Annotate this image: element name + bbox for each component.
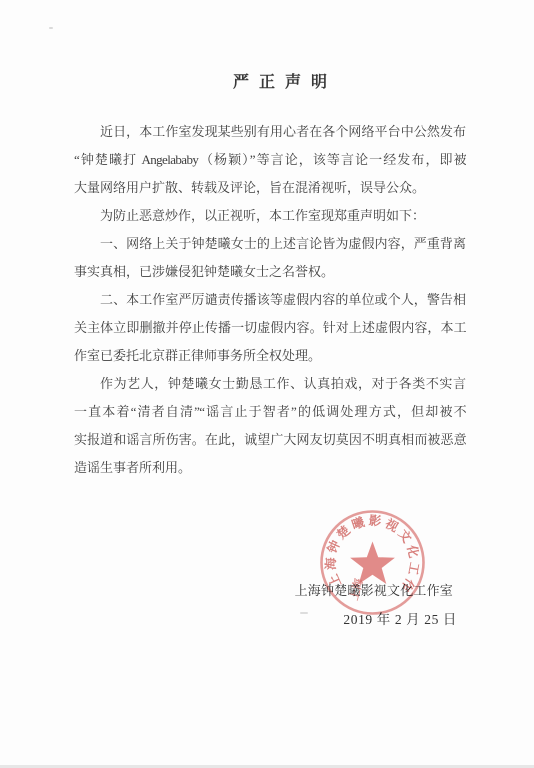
body-text-line: 一、网络上关于钟楚曦女士的上述言论皆为虚假内容，严重背离 [74, 230, 466, 258]
body-text-line: “钟楚曦打 Angelababy（杨颖）”等言论，该等言论一经发布，即被 [74, 146, 466, 174]
document-body: 近日，本工作室发现某些别有用心者在各个网络平台中公然发布“钟楚曦打 Angela… [74, 118, 466, 482]
body-text-line: 实报道和谣言所伤害。在此，诚望广大网友切莫因不明真相而被恶意 [74, 426, 466, 454]
body-text-line: 作室已委托北京群正律师事务所全权处理。 [74, 342, 466, 370]
body-text-line: 近日，本工作室发现某些别有用心者在各个网络平台中公然发布 [74, 118, 466, 146]
scan-noise-speck [49, 27, 53, 29]
body-text-line: 为防止恶意炒作，以正视听，本工作室现郑重声明如下： [74, 202, 466, 230]
body-text-line: 作为艺人，钟楚曦女士勤恳工作、认真拍戏，对于各类不实言论， [74, 370, 466, 398]
body-text-line: 二、本工作室严厉谴责传播该等虚假内容的单位或个人，警告相 [74, 286, 466, 314]
seal-star-icon [350, 542, 395, 585]
official-seal: 上海钟楚曦影视文化工作室 上海 [305, 495, 440, 630]
scan-noise-speck [300, 612, 308, 614]
body-text-line: 造谣生事者所利用。 [74, 454, 466, 482]
body-text-line: 关主体立即删撤并停止传播一切虚假内容。针对上述虚假内容，本工 [74, 314, 466, 342]
document-page: 严正声明 近日，本工作室发现某些别有用心者在各个网络平台中公然发布“钟楚曦打 A… [0, 0, 534, 768]
body-text-line: 事实真相，已涉嫌侵犯钟楚曦女士之名誉权。 [74, 258, 466, 286]
document-title: 严正声明 [0, 69, 534, 92]
body-text-line: 一直本着“清者自清”“谣言止于智者”的低调处理方式，但却被不 [74, 398, 466, 426]
body-text-line: 大量网络用户扩散、转载及评论，旨在混淆视听，误导公众。 [74, 174, 466, 202]
seal-bottom-fragment: 上海 [346, 576, 365, 602]
